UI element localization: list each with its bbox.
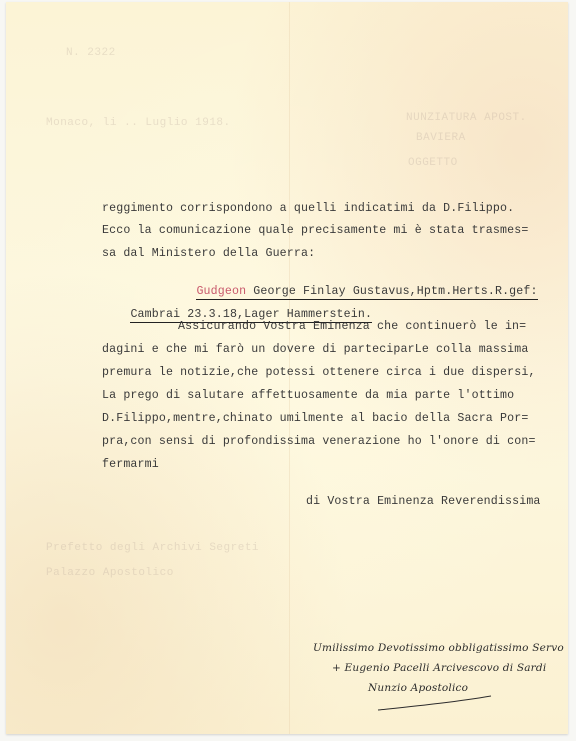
bleed-through-text: Palazzo Apostolico [46,567,174,579]
signature-flourish [376,692,496,714]
bleed-through-text: N. 2322 [66,47,116,59]
letter-page: N. 2322 Monaco, li .. Luglio 1918. NUNZI… [6,2,568,734]
letter-line: Ecco la comunicazione quale precisamente… [102,224,528,237]
letter-line: D.Filippo,mentre,chinato umilmente al ba… [102,412,528,425]
bleed-through-text: NUNZIATURA APOST. [406,112,527,124]
signature-line: + Eugenio Pacelli Arcivescovo di Sardi [332,662,546,674]
letter-line: reggimento corrispondono a quelli indica… [102,202,514,215]
signature-line: Umilissimo Devotissimo obbligatissimo Se… [313,642,564,654]
letter-line: sa dal Ministero della Guerra: [102,247,315,260]
letter-line: La prego di salutare affettuosamente da … [102,389,514,402]
letter-line: dagini e che mi farò un dovere di partec… [102,343,528,356]
letter-line: fermarmi [102,458,159,471]
bleed-through-text: OGGETTO [408,157,458,169]
letter-line: Assicurando Vostra Eminenza che continue… [178,320,526,333]
letter-line: premura le notizie,che potessi ottenere … [102,366,536,379]
closing-line: di Vostra Eminenza Reverendissima [306,495,541,508]
bleed-through-text: BAVIERA [416,132,466,144]
bleed-through-text: Prefetto degli Archivi Segreti [46,542,259,554]
letter-line: pra,con sensi di profondissima venerazio… [102,435,536,448]
bleed-through-text: Monaco, li .. Luglio 1918. [46,117,231,129]
